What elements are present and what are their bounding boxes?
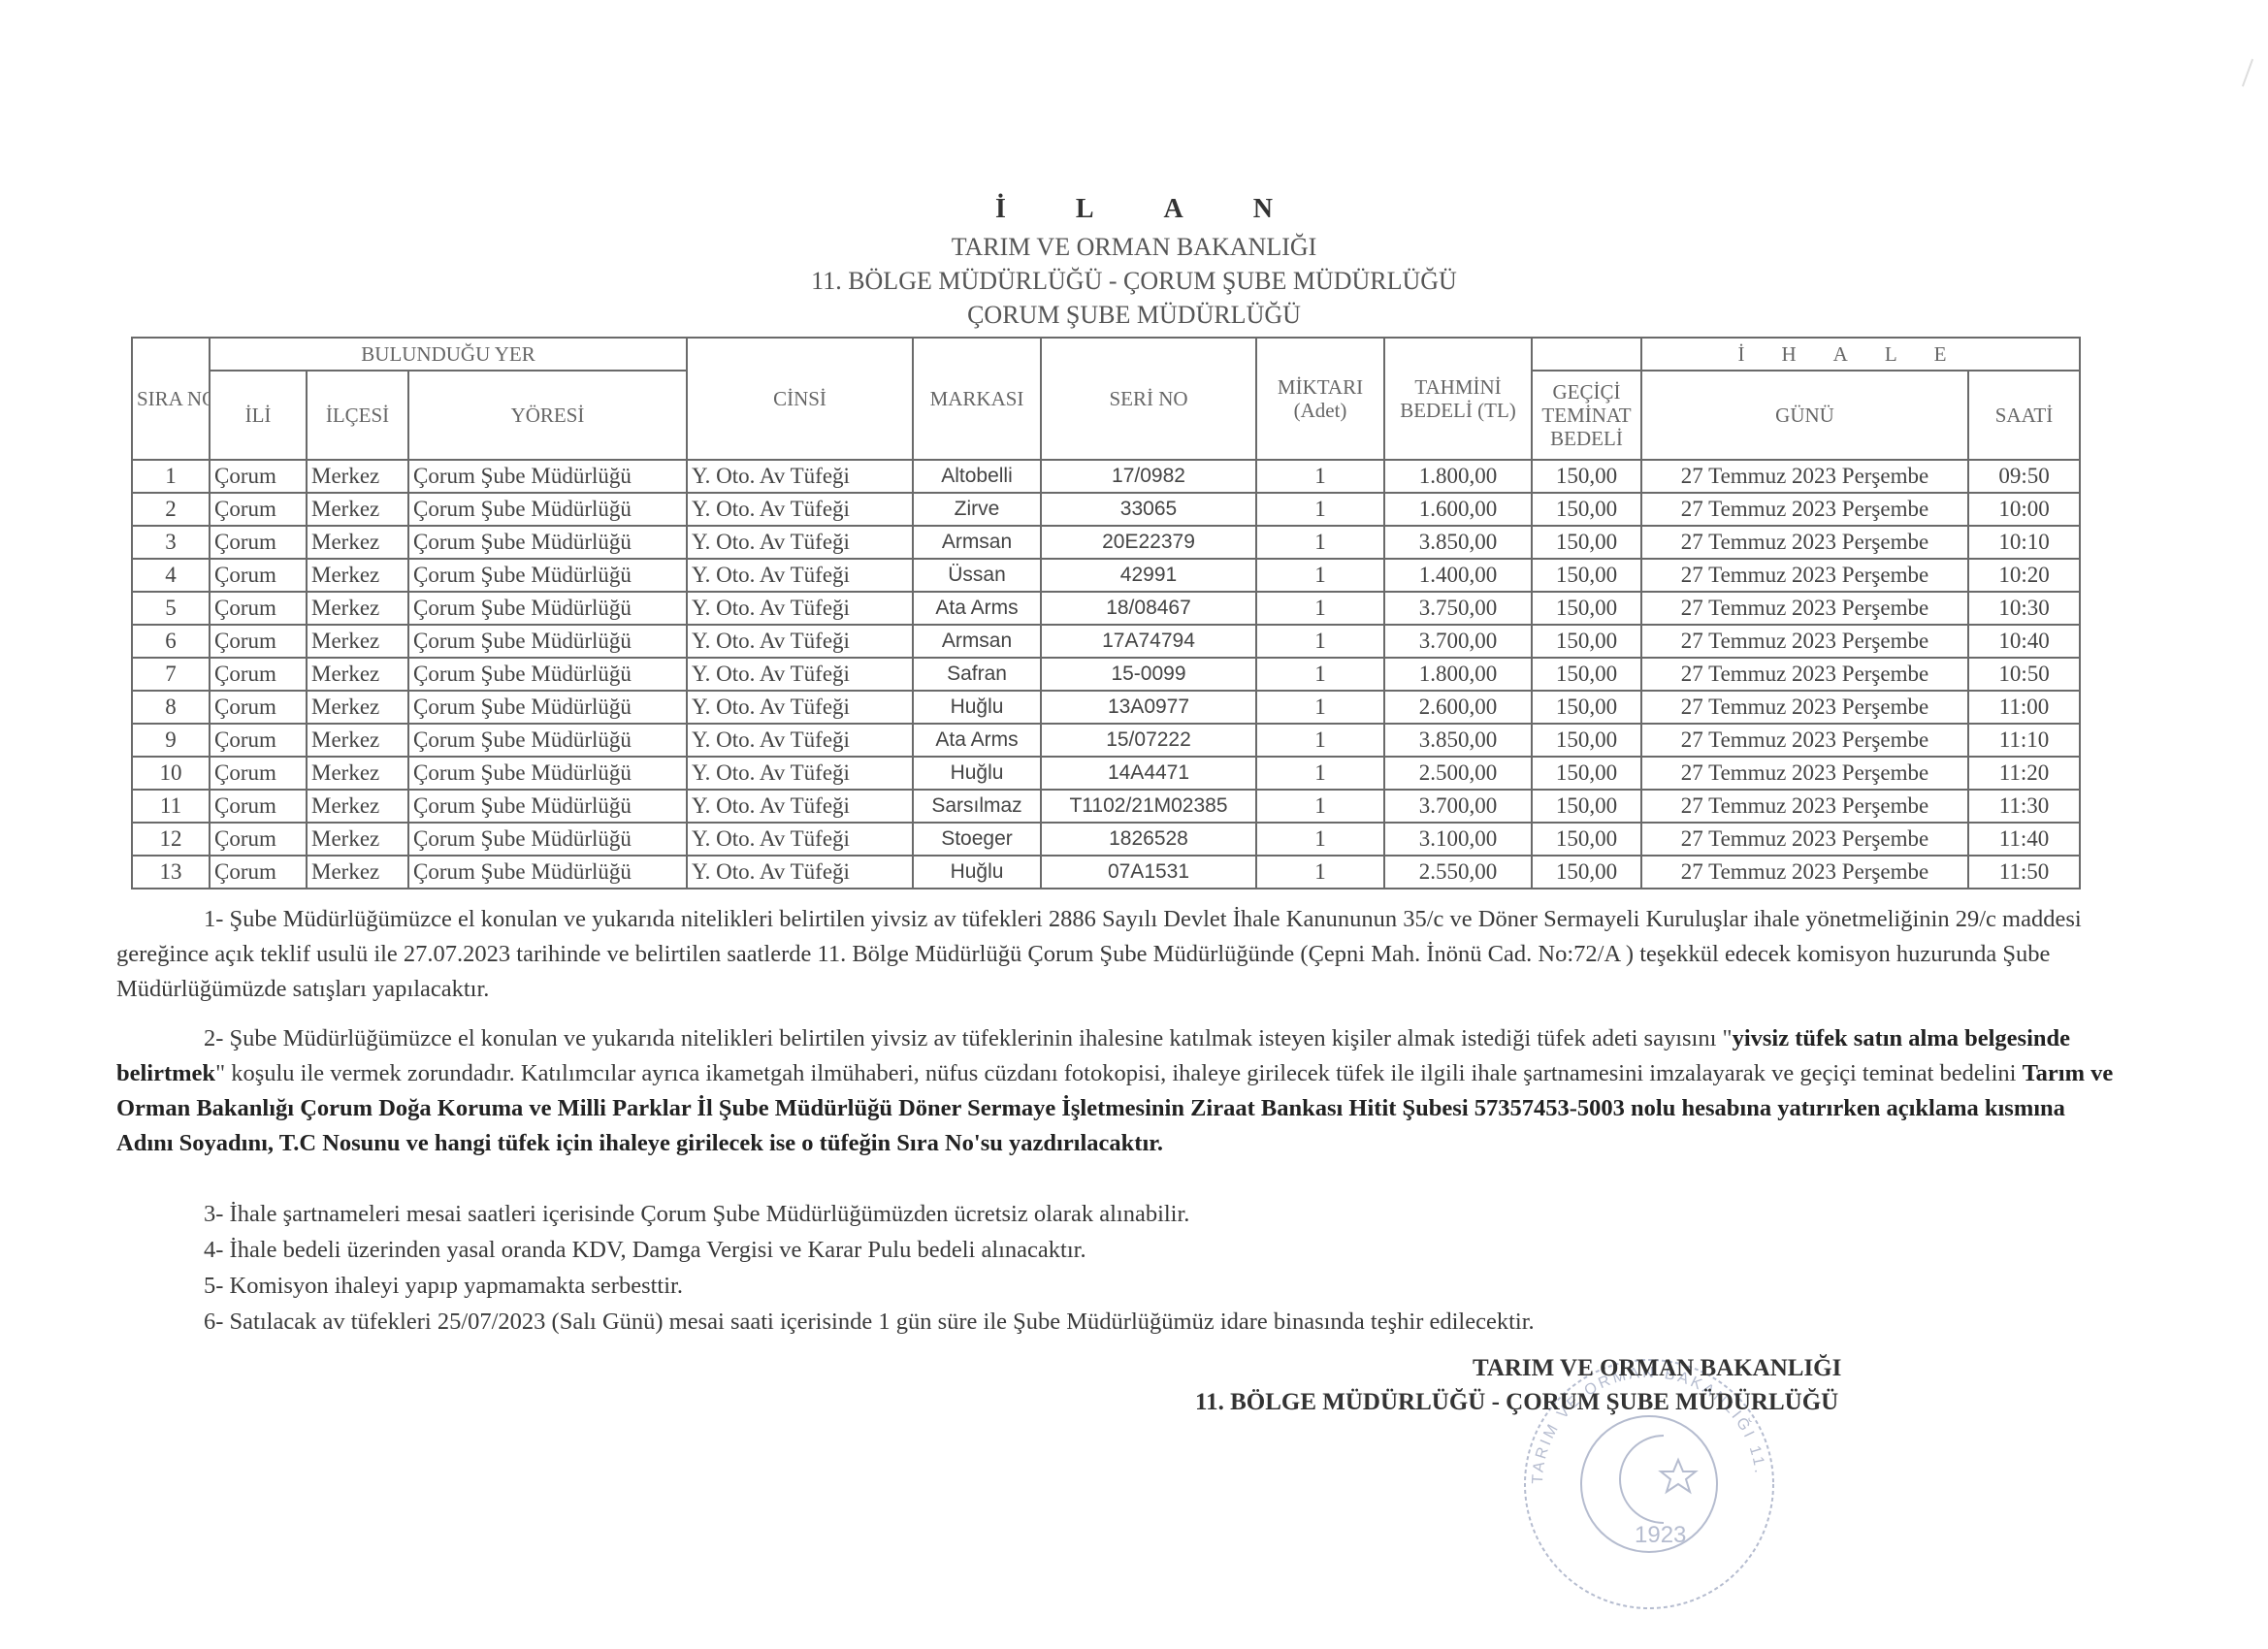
- cell-ilcesi: Merkez: [307, 559, 408, 592]
- table-row: 4ÇorumMerkezÇorum Şube MüdürlüğüY. Oto. …: [132, 559, 2080, 592]
- cell-seri-no: 14A4471: [1041, 757, 1256, 790]
- cell-yoresi: Çorum Şube Müdürlüğü: [408, 823, 687, 856]
- table-row: 6ÇorumMerkezÇorum Şube MüdürlüğüY. Oto. …: [132, 625, 2080, 658]
- cell-seri-no: 42991: [1041, 559, 1256, 592]
- cell-markasi: Üssan: [913, 559, 1041, 592]
- cell-gunu: 27 Temmuz 2023 Perşembe: [1641, 724, 1968, 757]
- cell-ili: Çorum: [210, 823, 307, 856]
- cell-miktari: 1: [1256, 691, 1384, 724]
- cell-seri-no: 18/08467: [1041, 592, 1256, 625]
- cell-seri-no: 33065: [1041, 493, 1256, 526]
- cell-teminat: 150,00: [1532, 757, 1641, 790]
- cell-tahmini: 3.850,00: [1384, 526, 1532, 559]
- cell-ili: Çorum: [210, 691, 307, 724]
- cell-saati: 11:20: [1968, 757, 2080, 790]
- cell-seri-no: 07A1531: [1041, 856, 1256, 889]
- signature-directorate: 11. BÖLGE MÜDÜRLÜĞÜ - ÇORUM ŞUBE MÜDÜRLÜ…: [1195, 1389, 1838, 1416]
- cell-miktari: 1: [1256, 493, 1384, 526]
- paragraph-2-text-b: " koşulu ile vermek zorundadır. Katılımc…: [215, 1060, 2023, 1086]
- cell-saati: 10:40: [1968, 625, 2080, 658]
- cell-teminat: 150,00: [1532, 823, 1641, 856]
- cell-gunu: 27 Temmuz 2023 Perşembe: [1641, 823, 1968, 856]
- cell-no: 3: [132, 526, 210, 559]
- paragraph-6: 6- Satılacak av tüfekleri 25/07/2023 (Sa…: [204, 1309, 1535, 1336]
- cell-markasi: Sarsılmaz: [913, 790, 1041, 823]
- cell-miktari: 1: [1256, 460, 1384, 493]
- header-ili: İLİ: [210, 371, 307, 460]
- cell-no: 7: [132, 658, 210, 691]
- header-ihale: İHALE: [1641, 338, 2080, 371]
- cell-saati: 10:00: [1968, 493, 2080, 526]
- cell-ili: Çorum: [210, 493, 307, 526]
- cell-teminat: 150,00: [1532, 658, 1641, 691]
- cell-miktari: 1: [1256, 625, 1384, 658]
- cell-teminat: 150,00: [1532, 493, 1641, 526]
- cell-teminat: 150,00: [1532, 592, 1641, 625]
- cell-tahmini: 3.700,00: [1384, 625, 1532, 658]
- branch-heading: ÇORUM ŞUBE MÜDÜRLÜĞÜ: [0, 301, 2268, 330]
- cell-ili: Çorum: [210, 856, 307, 889]
- directorate-heading: 11. BÖLGE MÜDÜRLÜĞÜ - ÇORUM ŞUBE MÜDÜRLÜ…: [0, 267, 2268, 296]
- cell-ilcesi: Merkez: [307, 790, 408, 823]
- cell-yoresi: Çorum Şube Müdürlüğü: [408, 757, 687, 790]
- cell-ilcesi: Merkez: [307, 592, 408, 625]
- cell-tahmini: 3.700,00: [1384, 790, 1532, 823]
- cell-no: 13: [132, 856, 210, 889]
- cell-seri-no: T1102/21M02385: [1041, 790, 1256, 823]
- cell-yoresi: Çorum Şube Müdürlüğü: [408, 790, 687, 823]
- cell-tahmini: 3.100,00: [1384, 823, 1532, 856]
- cell-tahmini: 1.800,00: [1384, 658, 1532, 691]
- cell-saati: 11:30: [1968, 790, 2080, 823]
- cell-gunu: 27 Temmuz 2023 Perşembe: [1641, 559, 1968, 592]
- cell-teminat: 150,00: [1532, 559, 1641, 592]
- cell-tahmini: 1.400,00: [1384, 559, 1532, 592]
- cell-saati: 11:50: [1968, 856, 2080, 889]
- signature-ministry: TARIM VE ORMAN BAKANLIĞI: [1473, 1355, 1841, 1382]
- cell-gunu: 27 Temmuz 2023 Perşembe: [1641, 493, 1968, 526]
- cell-cinsi: Y. Oto. Av Tüfeği: [687, 724, 913, 757]
- table-row: 12ÇorumMerkezÇorum Şube MüdürlüğüY. Oto.…: [132, 823, 2080, 856]
- cell-gunu: 27 Temmuz 2023 Perşembe: [1641, 526, 1968, 559]
- cell-teminat: 150,00: [1532, 691, 1641, 724]
- cell-miktari: 1: [1256, 658, 1384, 691]
- cell-gunu: 27 Temmuz 2023 Perşembe: [1641, 757, 1968, 790]
- cell-miktari: 1: [1256, 790, 1384, 823]
- cell-seri-no: 20E22379: [1041, 526, 1256, 559]
- cell-tahmini: 1.600,00: [1384, 493, 1532, 526]
- header-gunu: GÜNÜ: [1641, 371, 1968, 460]
- table-row: 10ÇorumMerkezÇorum Şube MüdürlüğüY. Oto.…: [132, 757, 2080, 790]
- cell-miktari: 1: [1256, 856, 1384, 889]
- cell-markasi: Huğlu: [913, 757, 1041, 790]
- cell-ili: Çorum: [210, 526, 307, 559]
- cell-seri-no: 15/07222: [1041, 724, 1256, 757]
- cell-yoresi: Çorum Şube Müdürlüğü: [408, 526, 687, 559]
- cell-cinsi: Y. Oto. Av Tüfeği: [687, 790, 913, 823]
- cell-ilcesi: Merkez: [307, 658, 408, 691]
- cell-seri-no: 17A74794: [1041, 625, 1256, 658]
- cell-ili: Çorum: [210, 592, 307, 625]
- cell-no: 10: [132, 757, 210, 790]
- cell-no: 12: [132, 823, 210, 856]
- cell-cinsi: Y. Oto. Av Tüfeği: [687, 526, 913, 559]
- header-gecici-teminat: GEÇİÇİ TEMİNAT BEDELİ: [1532, 371, 1641, 460]
- header-sira-no: SIRA NO: [132, 338, 210, 460]
- cell-markasi: Armsan: [913, 625, 1041, 658]
- table-row: 9ÇorumMerkezÇorum Şube MüdürlüğüY. Oto. …: [132, 724, 2080, 757]
- cell-markasi: Huğlu: [913, 691, 1041, 724]
- cell-markasi: Altobelli: [913, 460, 1041, 493]
- cell-tahmini: 2.500,00: [1384, 757, 1532, 790]
- cell-no: 6: [132, 625, 210, 658]
- cell-cinsi: Y. Oto. Av Tüfeği: [687, 856, 913, 889]
- cell-yoresi: Çorum Şube Müdürlüğü: [408, 559, 687, 592]
- paragraph-3: 3- İhale şartnameleri mesai saatleri içe…: [204, 1201, 1189, 1228]
- cell-cinsi: Y. Oto. Av Tüfeği: [687, 592, 913, 625]
- cell-yoresi: Çorum Şube Müdürlüğü: [408, 625, 687, 658]
- header-miktari: MİKTARI (Adet): [1256, 338, 1384, 460]
- cell-miktari: 1: [1256, 757, 1384, 790]
- cell-cinsi: Y. Oto. Av Tüfeği: [687, 691, 913, 724]
- cell-ilcesi: Merkez: [307, 823, 408, 856]
- cell-no: 11: [132, 790, 210, 823]
- cell-no: 1: [132, 460, 210, 493]
- cell-yoresi: Çorum Şube Müdürlüğü: [408, 592, 687, 625]
- table-row: 1ÇorumMerkezÇorum Şube MüdürlüğüY. Oto. …: [132, 460, 2080, 493]
- cell-miktari: 1: [1256, 592, 1384, 625]
- cell-cinsi: Y. Oto. Av Tüfeği: [687, 559, 913, 592]
- cell-gunu: 27 Temmuz 2023 Perşembe: [1641, 460, 1968, 493]
- cell-saati: 10:20: [1968, 559, 2080, 592]
- cell-markasi: Ata Arms: [913, 724, 1041, 757]
- cell-teminat: 150,00: [1532, 724, 1641, 757]
- cell-saati: 11:40: [1968, 823, 2080, 856]
- cell-ilcesi: Merkez: [307, 625, 408, 658]
- cell-tahmini: 2.600,00: [1384, 691, 1532, 724]
- paragraph-2-text-a: 2- Şube Müdürlüğümüzce el konulan ve yuk…: [204, 1025, 1733, 1051]
- cell-tahmini: 3.750,00: [1384, 592, 1532, 625]
- cell-tahmini: 3.850,00: [1384, 724, 1532, 757]
- document-title: İLAN: [0, 194, 2268, 225]
- cell-ilcesi: Merkez: [307, 757, 408, 790]
- header-ilcesi: İLÇESİ: [307, 371, 408, 460]
- cell-saati: 10:10: [1968, 526, 2080, 559]
- cell-no: 4: [132, 559, 210, 592]
- cell-no: 5: [132, 592, 210, 625]
- table-row: 5ÇorumMerkezÇorum Şube MüdürlüğüY. Oto. …: [132, 592, 2080, 625]
- cell-miktari: 1: [1256, 823, 1384, 856]
- cell-teminat: 150,00: [1532, 460, 1641, 493]
- ministry-heading: TARIM VE ORMAN BAKANLIĞI: [0, 233, 2268, 262]
- cell-saati: 11:10: [1968, 724, 2080, 757]
- header-markasi: MARKASI: [913, 338, 1041, 460]
- cell-saati: 11:00: [1968, 691, 2080, 724]
- cell-no: 8: [132, 691, 210, 724]
- cell-ilcesi: Merkez: [307, 460, 408, 493]
- cell-cinsi: Y. Oto. Av Tüfeği: [687, 625, 913, 658]
- cell-no: 2: [132, 493, 210, 526]
- cell-cinsi: Y. Oto. Av Tüfeği: [687, 658, 913, 691]
- cell-ilcesi: Merkez: [307, 724, 408, 757]
- table-row: 13ÇorumMerkezÇorum Şube MüdürlüğüY. Oto.…: [132, 856, 2080, 889]
- cell-yoresi: Çorum Şube Müdürlüğü: [408, 724, 687, 757]
- table-row: 11ÇorumMerkezÇorum Şube MüdürlüğüY. Oto.…: [132, 790, 2080, 823]
- cell-gunu: 27 Temmuz 2023 Perşembe: [1641, 790, 1968, 823]
- header-bulundugu-yer: BULUNDUĞU YER: [210, 338, 687, 371]
- cell-no: 9: [132, 724, 210, 757]
- cell-seri-no: 17/0982: [1041, 460, 1256, 493]
- paragraph-1-text: 1- Şube Müdürlüğümüzce el konulan ve yuk…: [116, 906, 2082, 1002]
- table-row: 2ÇorumMerkezÇorum Şube MüdürlüğüY. Oto. …: [132, 493, 2080, 526]
- table-row: 7ÇorumMerkezÇorum Şube MüdürlüğüY. Oto. …: [132, 658, 2080, 691]
- cell-yoresi: Çorum Şube Müdürlüğü: [408, 658, 687, 691]
- cell-teminat: 150,00: [1532, 856, 1641, 889]
- header-saati: SAATİ: [1968, 371, 2080, 460]
- header-cinsi: CİNSİ: [687, 338, 913, 460]
- cell-ili: Çorum: [210, 724, 307, 757]
- cell-ili: Çorum: [210, 790, 307, 823]
- cell-cinsi: Y. Oto. Av Tüfeği: [687, 460, 913, 493]
- paragraph-5: 5- Komisyon ihaleyi yapıp yapmamakta ser…: [204, 1273, 683, 1300]
- cell-markasi: Huğlu: [913, 856, 1041, 889]
- cell-markasi: Safran: [913, 658, 1041, 691]
- header-seri-no: SERİ NO: [1041, 338, 1256, 460]
- cell-gunu: 27 Temmuz 2023 Perşembe: [1641, 658, 1968, 691]
- auction-table: SIRA NO BULUNDUĞU YER CİNSİ MARKASI SERİ…: [131, 337, 2081, 889]
- paragraph-1: 1- Şube Müdürlüğümüzce el konulan ve yuk…: [116, 902, 2124, 1007]
- cell-ilcesi: Merkez: [307, 691, 408, 724]
- header-tahmini-bedeli: TAHMİNİ BEDELİ (TL): [1384, 338, 1532, 460]
- cell-markasi: Armsan: [913, 526, 1041, 559]
- cell-gunu: 27 Temmuz 2023 Perşembe: [1641, 625, 1968, 658]
- cell-markasi: Ata Arms: [913, 592, 1041, 625]
- cell-ili: Çorum: [210, 658, 307, 691]
- cell-ili: Çorum: [210, 625, 307, 658]
- cell-ilcesi: Merkez: [307, 856, 408, 889]
- cell-yoresi: Çorum Şube Müdürlüğü: [408, 493, 687, 526]
- cell-seri-no: 1826528: [1041, 823, 1256, 856]
- cell-ili: Çorum: [210, 460, 307, 493]
- paragraph-4: 4- İhale bedeli üzerinden yasal oranda K…: [204, 1237, 1086, 1264]
- cell-gunu: 27 Temmuz 2023 Perşembe: [1641, 856, 1968, 889]
- cell-miktari: 1: [1256, 724, 1384, 757]
- cell-markasi: Stoeger: [913, 823, 1041, 856]
- cell-tahmini: 1.800,00: [1384, 460, 1532, 493]
- cell-teminat: 150,00: [1532, 625, 1641, 658]
- cell-yoresi: Çorum Şube Müdürlüğü: [408, 856, 687, 889]
- cell-ilcesi: Merkez: [307, 493, 408, 526]
- cell-ili: Çorum: [210, 559, 307, 592]
- cell-yoresi: Çorum Şube Müdürlüğü: [408, 460, 687, 493]
- cell-saati: 09:50: [1968, 460, 2080, 493]
- cell-gunu: 27 Temmuz 2023 Perşembe: [1641, 691, 1968, 724]
- cell-tahmini: 2.550,00: [1384, 856, 1532, 889]
- table-row: 8ÇorumMerkezÇorum Şube MüdürlüğüY. Oto. …: [132, 691, 2080, 724]
- cell-cinsi: Y. Oto. Av Tüfeği: [687, 493, 913, 526]
- cell-ili: Çorum: [210, 757, 307, 790]
- cell-cinsi: Y. Oto. Av Tüfeği: [687, 823, 913, 856]
- table-row: 3ÇorumMerkezÇorum Şube MüdürlüğüY. Oto. …: [132, 526, 2080, 559]
- cell-cinsi: Y. Oto. Av Tüfeği: [687, 757, 913, 790]
- cell-seri-no: 13A0977: [1041, 691, 1256, 724]
- cell-markasi: Zirve: [913, 493, 1041, 526]
- svg-text:1923: 1923: [1635, 1522, 1686, 1548]
- cell-saati: 10:30: [1968, 592, 2080, 625]
- header-yoresi: YÖRESİ: [408, 371, 687, 460]
- cell-teminat: 150,00: [1532, 526, 1641, 559]
- paragraph-2: 2- Şube Müdürlüğümüzce el konulan ve yuk…: [116, 1021, 2124, 1161]
- cell-teminat: 150,00: [1532, 790, 1641, 823]
- cell-miktari: 1: [1256, 559, 1384, 592]
- cell-saati: 10:50: [1968, 658, 2080, 691]
- header-empty: [1532, 338, 1641, 371]
- cell-miktari: 1: [1256, 526, 1384, 559]
- cell-gunu: 27 Temmuz 2023 Perşembe: [1641, 592, 1968, 625]
- cell-yoresi: Çorum Şube Müdürlüğü: [408, 691, 687, 724]
- scan-artifact: [2242, 59, 2253, 87]
- cell-ilcesi: Merkez: [307, 526, 408, 559]
- cell-seri-no: 15-0099: [1041, 658, 1256, 691]
